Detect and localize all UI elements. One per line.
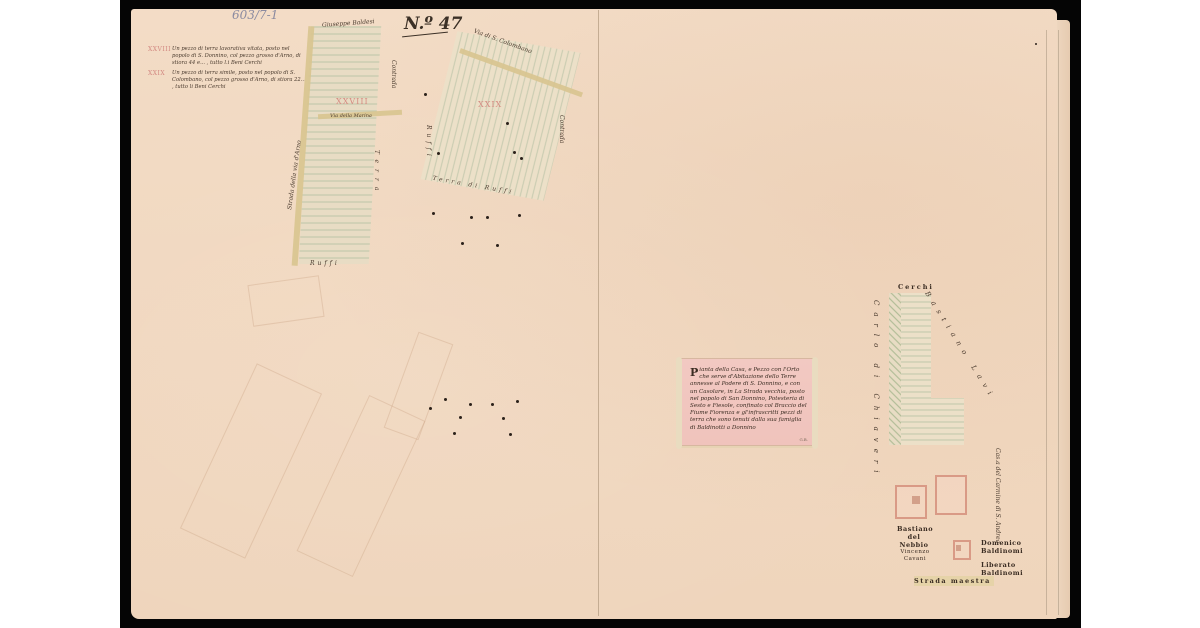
legend-numeral: XXIX — [148, 70, 165, 77]
marker-dot — [1035, 43, 1037, 45]
cartouche-body: ianta della Casa, e Pezzo con l'Orto che… — [690, 367, 807, 431]
center-fold — [598, 10, 599, 616]
title-cartouche: Pianta della Casa, e Pezzo con l'Orto ch… — [679, 358, 815, 446]
marker-dot — [444, 398, 447, 401]
marker-dot — [502, 417, 505, 420]
cartouche-text: Pianta della Casa, e Pezzo con l'Orto ch… — [690, 367, 808, 432]
edge-line — [1058, 30, 1059, 615]
edge-line — [1046, 30, 1047, 615]
plot-label-xxviii: XXVIII — [336, 97, 369, 106]
legend-text: Un pezzo di terra simile, posto nel popo… — [172, 70, 306, 90]
plot-parcel — [931, 398, 964, 445]
marker-dot — [513, 151, 516, 154]
boundary-label: Cas.a del Carmine di S. Andrea — [994, 448, 1001, 543]
road-label: Strada maestra — [914, 577, 991, 585]
building-courtyard — [956, 545, 961, 551]
boundary-label: Terra — [373, 150, 380, 196]
legend: XXVIII Un pezzo di terra lavorativa vita… — [148, 46, 308, 94]
legend-numeral: XXVIII — [148, 46, 171, 53]
legend-text: Un pezzo di terra lavorativa vitata, pos… — [172, 46, 301, 66]
hatched-strip — [889, 293, 901, 445]
road-label: Via della Marina — [330, 113, 372, 119]
marker-dot — [520, 157, 523, 160]
owner-label: Liberato Baldinomi — [981, 561, 1031, 577]
boundary-label: Contrada — [558, 115, 565, 143]
boundary-label: Carlo di Chiaveri — [872, 300, 880, 479]
marker-dot — [470, 216, 473, 219]
plot-label-xxix: XXIX — [478, 100, 502, 109]
boundary-label: Ruffi — [425, 125, 432, 160]
sheet-number: N.º 47 — [404, 14, 462, 34]
marker-dot — [461, 242, 464, 245]
marker-dot — [424, 93, 427, 96]
cartouche-signature: G.B. — [799, 437, 808, 442]
marker-dot — [486, 216, 489, 219]
marker-dot — [469, 403, 472, 406]
marker-dot — [429, 407, 432, 410]
building — [895, 485, 927, 519]
marker-dot — [437, 152, 440, 155]
cartouche-initial: P — [690, 367, 698, 378]
archive-number: 603/7-1 — [232, 8, 278, 22]
owner-label: Vincenzo Cavani — [899, 549, 931, 563]
legend-entry: XXIX Un pezzo di terra simile, posto nel… — [148, 70, 308, 91]
building-courtyard — [912, 496, 920, 504]
legend-entry: XXVIII Un pezzo di terra lavorativa vita… — [148, 46, 308, 67]
marker-dot — [506, 122, 509, 125]
owner-label: Domenico Baldinomi — [981, 539, 1031, 555]
building — [935, 475, 967, 515]
marker-dot — [496, 244, 499, 247]
marker-dot — [491, 403, 494, 406]
marker-dot — [459, 416, 462, 419]
marker-dot — [432, 212, 435, 215]
boundary-label: Ruffi — [310, 260, 340, 267]
plot-parcel — [901, 293, 931, 445]
boundary-label: Contrada — [390, 60, 397, 88]
owner-label: Bastiano del Nebbio — [897, 525, 931, 549]
marker-dot — [516, 400, 519, 403]
marker-dot — [453, 432, 456, 435]
marker-dot — [518, 214, 521, 217]
marker-dot — [509, 433, 512, 436]
